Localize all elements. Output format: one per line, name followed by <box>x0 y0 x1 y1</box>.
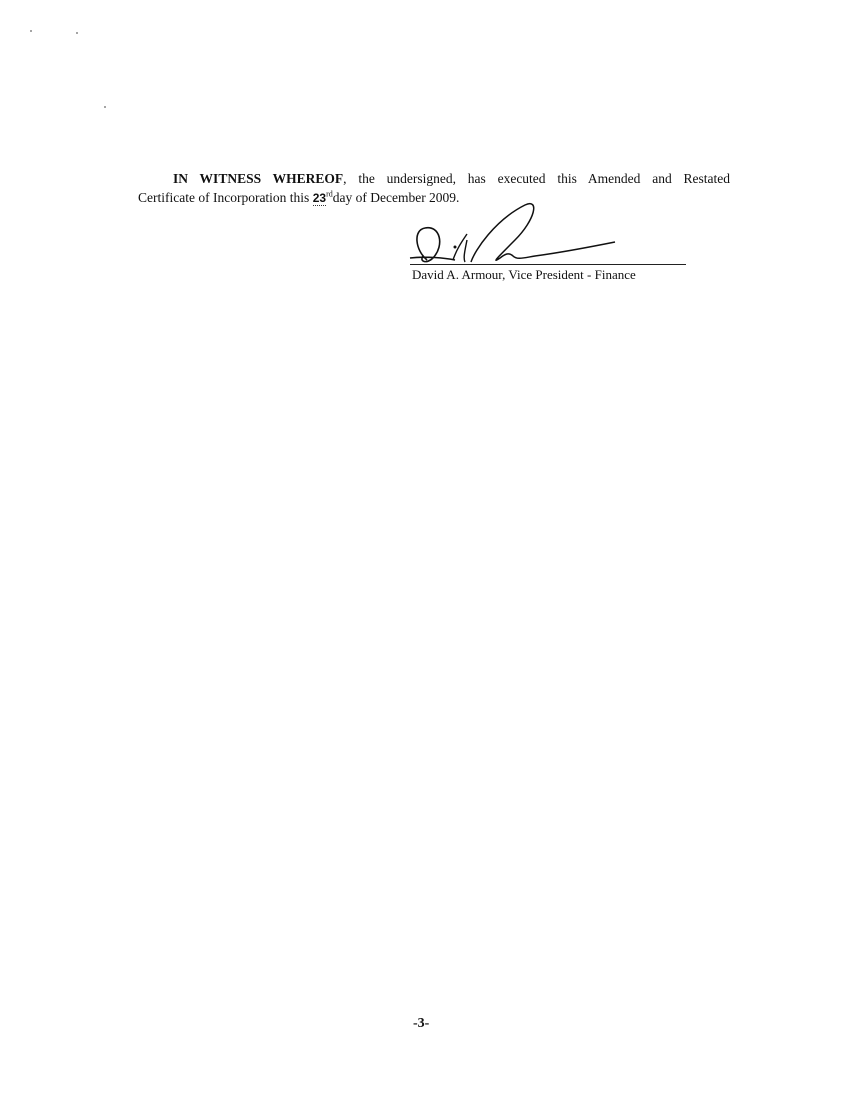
signature <box>405 200 690 268</box>
witness-line-1: IN WITNESS WHEREOF, the undersigned, has… <box>138 171 730 186</box>
signer-name-title: David A. Armour, Vice President - Financ… <box>412 267 636 283</box>
scan-speck <box>30 30 32 32</box>
witness-text: , the undersigned, has executed this Ame… <box>343 171 730 186</box>
scan-speck <box>104 106 106 108</box>
day-suffix: rd <box>326 189 333 198</box>
page-number: -3- <box>413 1016 429 1032</box>
signature-line <box>410 264 686 265</box>
witness-line2-prefix: Certificate of Incorporation this <box>138 190 309 205</box>
scan-speck <box>76 32 78 34</box>
witness-lead: IN WITNESS WHEREOF <box>173 171 343 186</box>
handwritten-day: 23 <box>313 191 326 206</box>
